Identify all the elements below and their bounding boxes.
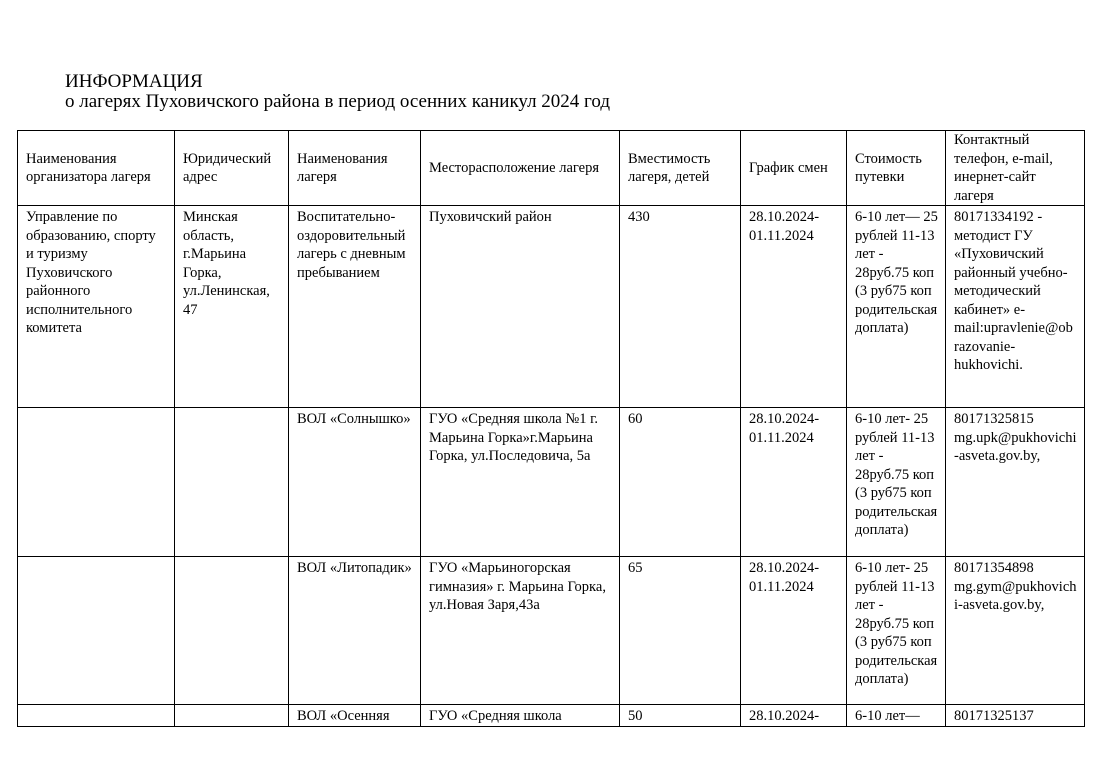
cell-cost: 6-10 лет— 25 рублей 11-13 лет - 28руб.75… [847,206,946,408]
document-subtitle: о лагерях Пуховичского района в период о… [65,92,610,112]
header-camp-name: Наименования лагеря [289,131,421,206]
cell-capacity: 430 [620,206,741,408]
cell-schedule: 28.10.2024-01.11.2024 [741,206,847,408]
table-row: ВОЛ «Литопадик» ГУО «Марьиногорская гимн… [18,557,1085,705]
cell-camp-name: Воспитательно-оздоровительный лагерь с д… [289,206,421,408]
document-title: ИНФОРМАЦИЯ [65,72,203,92]
header-schedule: График смен [741,131,847,206]
cell-organizer: Управление по образованию, спорту и тури… [18,206,175,408]
cell-cost: 6-10 лет- 25 рублей 11-13 лет - 28руб.75… [847,557,946,705]
table-header-row: Наименования организатора лагеря Юридиче… [18,131,1085,206]
header-capacity: Вместимость лагеря, детей [620,131,741,206]
cell-address [175,408,289,557]
cell-schedule: 28.10.2024-01.11.2024 [741,408,847,557]
header-address: Юридический адрес [175,131,289,206]
cell-capacity: 65 [620,557,741,705]
cell-organizer [18,408,175,557]
cell-contact: 80171354898 mg.gym@pukhovichi-asveta.gov… [946,557,1085,705]
cell-contact: 80171334192 - методист ГУ «Пуховичский р… [946,206,1085,408]
cell-location: ГУО «Марьиногорская гимназия» г. Марьина… [421,557,620,705]
cell-camp-name: ВОЛ «Литопадик» [289,557,421,705]
header-cost: Стоимость путевки [847,131,946,206]
cell-organizer [18,705,175,727]
cell-schedule: 28.10.2024- [741,705,847,727]
cell-capacity: 50 [620,705,741,727]
cell-contact: 80171325815 mg.upk@pukhovichi-asveta.gov… [946,408,1085,557]
cell-address: Минская область, г.Марьина Горка, ул.Лен… [175,206,289,408]
cell-camp-name: ВОЛ «Осенняя [289,705,421,727]
table-row: Управление по образованию, спорту и тури… [18,206,1085,408]
table-row: ВОЛ «Солнышко» ГУО «Средняя школа №1 г. … [18,408,1085,557]
table-row: ВОЛ «Осенняя ГУО «Средняя школа 50 28.10… [18,705,1085,727]
camps-table: Наименования организатора лагеря Юридиче… [17,130,1085,727]
cell-contact: 80171325137 [946,705,1085,727]
cell-location: Пуховичский район [421,206,620,408]
cell-address [175,557,289,705]
cell-cost: 6-10 лет— [847,705,946,727]
header-organizer: Наименования организатора лагеря [18,131,175,206]
cell-location: ГУО «Средняя школа [421,705,620,727]
cell-address [175,705,289,727]
header-location: Месторасположение лагеря [421,131,620,206]
cell-capacity: 60 [620,408,741,557]
cell-organizer [18,557,175,705]
cell-schedule: 28.10.2024-01.11.2024 [741,557,847,705]
header-contact: Контактный телефон, e-mail, инернет-сайт… [946,131,1085,206]
cell-location: ГУО «Средняя школа №1 г. Марьина Горка»г… [421,408,620,557]
cell-cost: 6-10 лет- 25 рублей 11-13 лет - 28руб.75… [847,408,946,557]
cell-camp-name: ВОЛ «Солнышко» [289,408,421,557]
